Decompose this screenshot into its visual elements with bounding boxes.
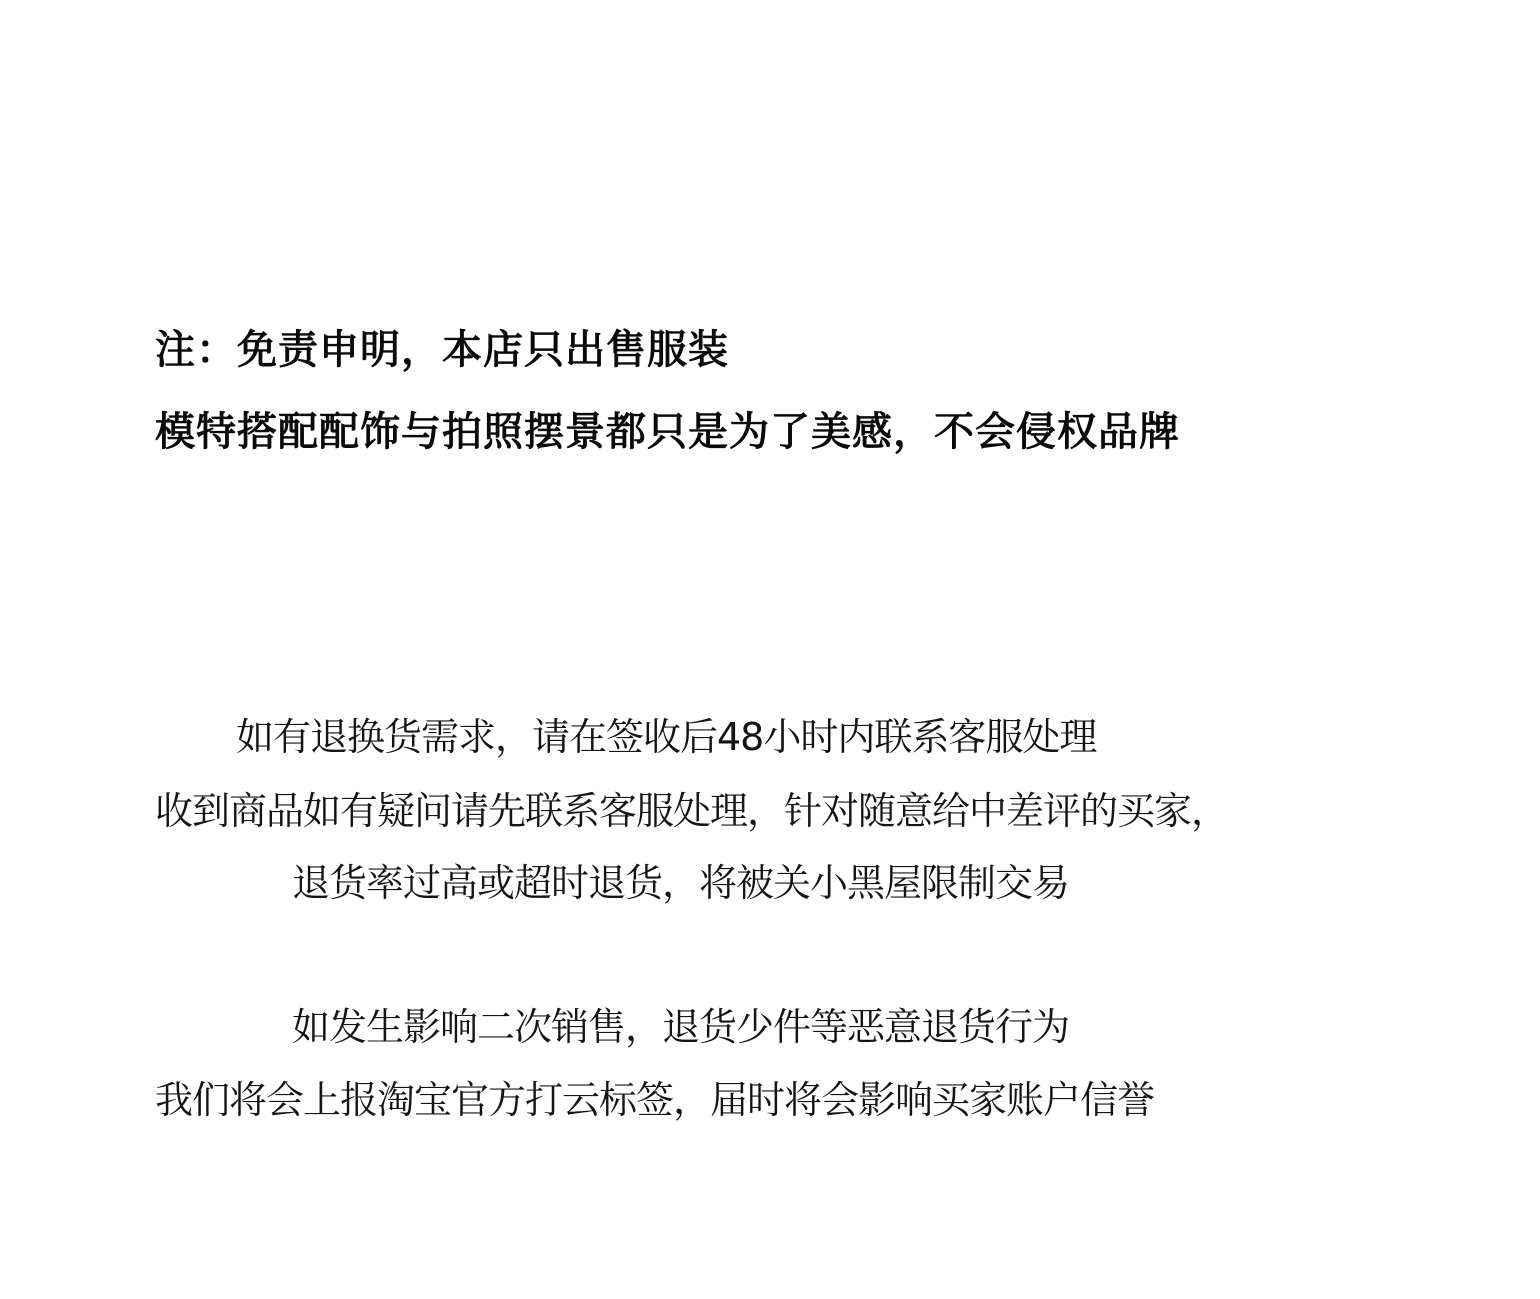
disclaimer-text: 模特搭配配饰与拍照摆景都只是为了美感，不会侵权品牌 bbox=[155, 412, 1180, 452]
return-policy-line-1: 如有退换货需求，请在签收后48小时内联系客服处理 bbox=[236, 718, 1096, 756]
disclaimer-heading: 注：免责申明，本店只出售服装 bbox=[155, 330, 729, 370]
return-policy-line-3: 退货率过高或超时退货，将被关小黑屋限制交易 bbox=[292, 864, 1069, 902]
return-policy-line-2: 收到商品如有疑问请先联系客服处理，针对随意给中差评的买家， bbox=[155, 792, 1228, 830]
warning-line-2: 我们将会上报淘宝官方打云标签，届时将会影响买家账户信誉 bbox=[155, 1081, 1154, 1119]
warning-line-1: 如发生影响二次销售，退货少件等恶意退货行为 bbox=[292, 1008, 1069, 1046]
